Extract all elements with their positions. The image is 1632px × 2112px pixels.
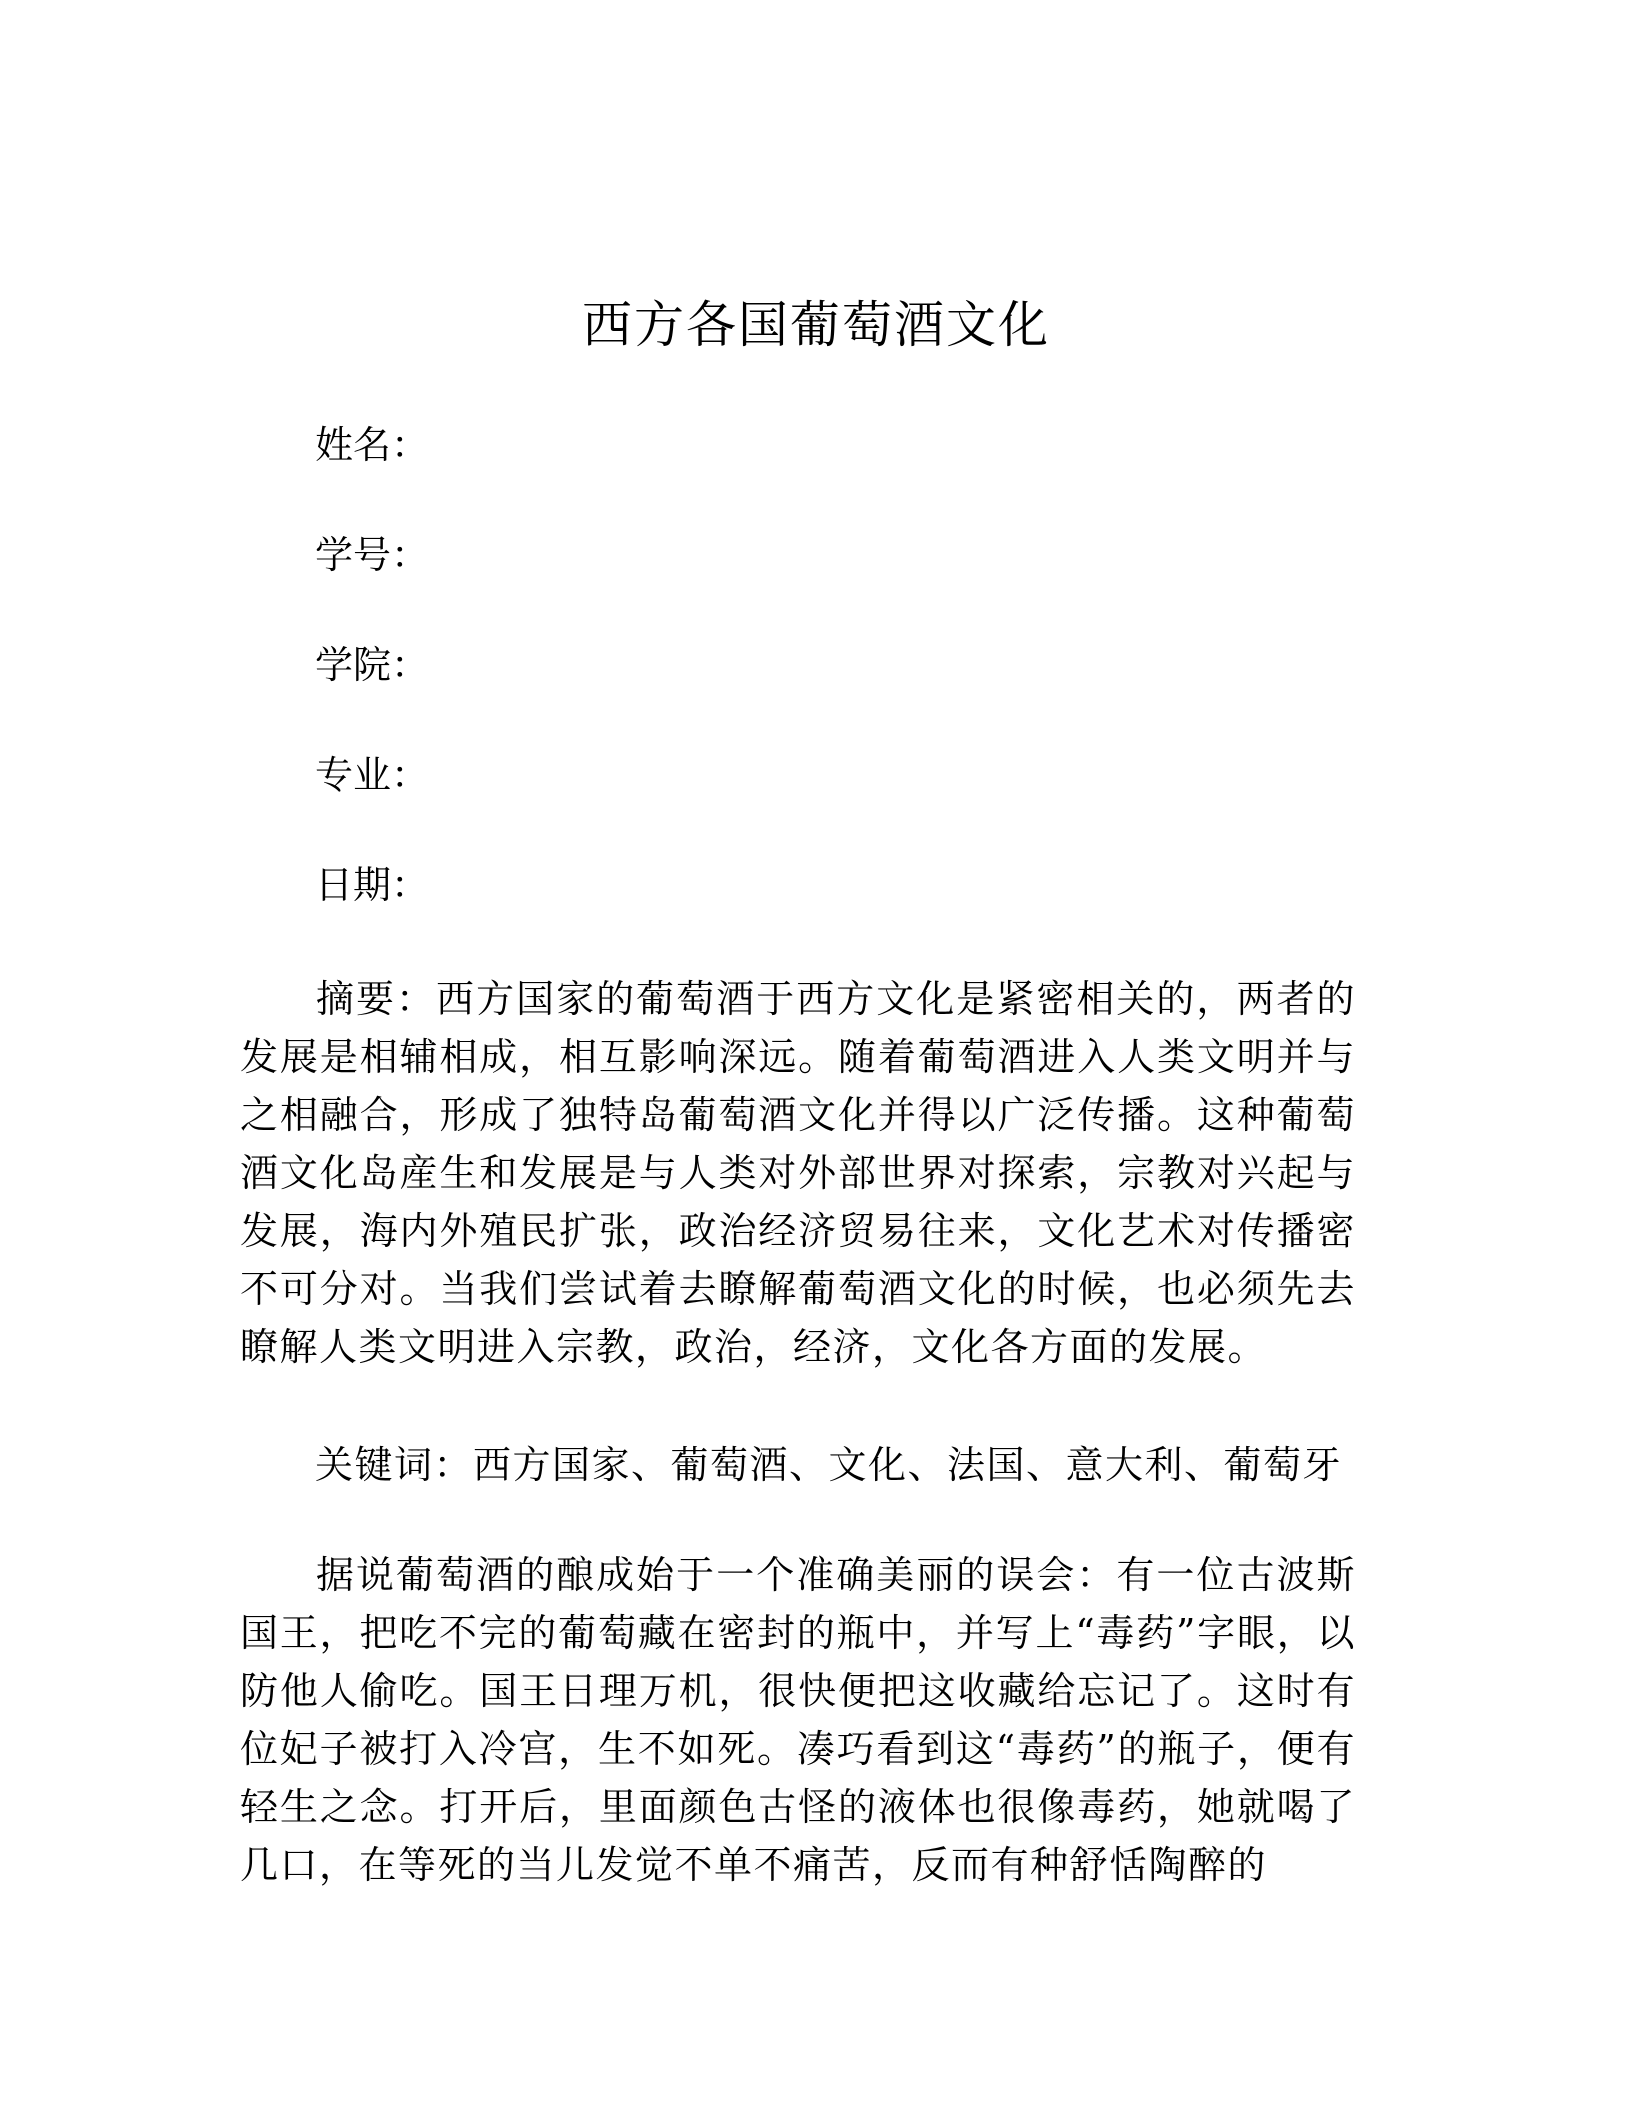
body-paragraph: 据说葡萄酒的酿成始于一个准确美丽的误会：有一位古波斯国王，把吃不完的葡萄藏在密封… bbox=[240, 1546, 1356, 1894]
field-college-label: 学院： bbox=[315, 640, 429, 690]
field-name-label: 姓名： bbox=[315, 420, 429, 470]
field-date-label: 日期： bbox=[315, 860, 429, 910]
field-major-label: 专业： bbox=[315, 750, 429, 800]
abstract-paragraph: 摘要：西方国家的葡萄酒于西方文化是紧密相关的，两者的发展是相辅相成，相互影响深远… bbox=[240, 970, 1356, 1376]
field-student-id-label: 学号： bbox=[315, 530, 429, 580]
keywords-line: 关键词：西方国家、葡萄酒、文化、法国、意大利、葡萄牙 bbox=[315, 1440, 1342, 1490]
document-title: 西方各国葡萄酒文化 bbox=[0, 290, 1632, 360]
